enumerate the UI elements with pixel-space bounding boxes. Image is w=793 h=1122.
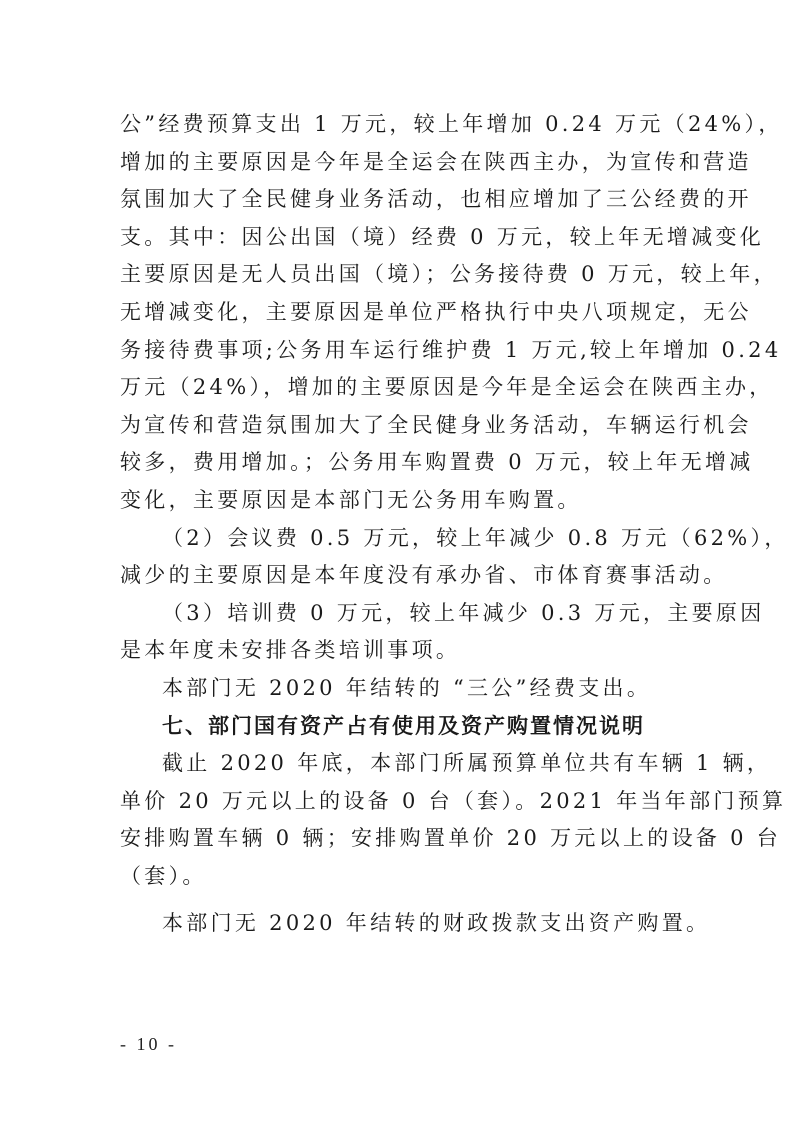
paragraph-line: 本部门无 2020 年结转的财政拨款支出资产购置。 [120, 905, 676, 943]
paragraph-line: 安排购置车辆 0 辆；安排购置单价 20 万元以上的设备 0 台 [120, 820, 676, 858]
training-fee-line: （3）培训费 0 万元，较上年减少 0.3 万元，主要原因 [120, 595, 676, 633]
paragraph-line: （套）。 [120, 858, 676, 896]
paragraph-line: 减少的主要原因是本年度没有承办省、市体育赛事活动。 [120, 557, 676, 595]
paragraph-line: 主要原因是无人员出国（境）；公务接待费 0 万元，较上年， [120, 256, 676, 294]
paragraph-line: 是本年度未安排各类培训事项。 [120, 632, 676, 670]
paragraph-line: 单价 20 万元以上的设备 0 台（套）。2021 年当年部门预算 [120, 783, 676, 821]
paragraph-line: 务接待费事项;公务用车运行维护费 1 万元,较上年增加 0.24 [120, 332, 676, 370]
paragraph-line: 为宣传和营造氛围加大了全民健身业务活动，车辆运行机会 [120, 407, 676, 445]
paragraph-line: 增加的主要原因是今年是全运会在陕西主办，为宣传和营造 [120, 144, 676, 182]
paragraph-line: 变化，主要原因是本部门无公务用车购置。 [120, 482, 676, 520]
meeting-fee-line: （2）会议费 0.5 万元，较上年减少 0.8 万元（62%）， [120, 520, 676, 558]
document-page: 公”经费预算支出 1 万元，较上年增加 0.24 万元（24%）， 增加的主要原… [0, 0, 793, 1122]
page-number: - 10 - [120, 1034, 177, 1055]
paragraph-line: 较多，费用增加。；公务用车购置费 0 万元，较上年无增减 [120, 444, 676, 482]
paragraph-line: 截止 2020 年底，本部门所属预算单位共有车辆 1 辆， [120, 745, 676, 783]
paragraph-line: 万元（24%），增加的主要原因是今年是全运会在陕西主办， [120, 369, 676, 407]
paragraph-line: 氛围加大了全民健身业务活动，也相应增加了三公经费的开 [120, 181, 676, 219]
carryover-line: 本部门无 2020 年结转的 “三公”经费支出。 [120, 670, 676, 708]
document-body: 公”经费预算支出 1 万元，较上年增加 0.24 万元（24%）， 增加的主要原… [120, 106, 676, 943]
paragraph-line: 无增减变化，主要原因是单位严格执行中央八项规定，无公 [120, 294, 676, 332]
paragraph-line: 支。其中：因公出国（境）经费 0 万元，较上年无增减变化 [120, 219, 676, 257]
paragraph-line: 公”经费预算支出 1 万元，较上年增加 0.24 万元（24%）， [120, 106, 676, 144]
section-heading: 七、部门国有资产占有使用及资产购置情况说明 [120, 708, 676, 746]
